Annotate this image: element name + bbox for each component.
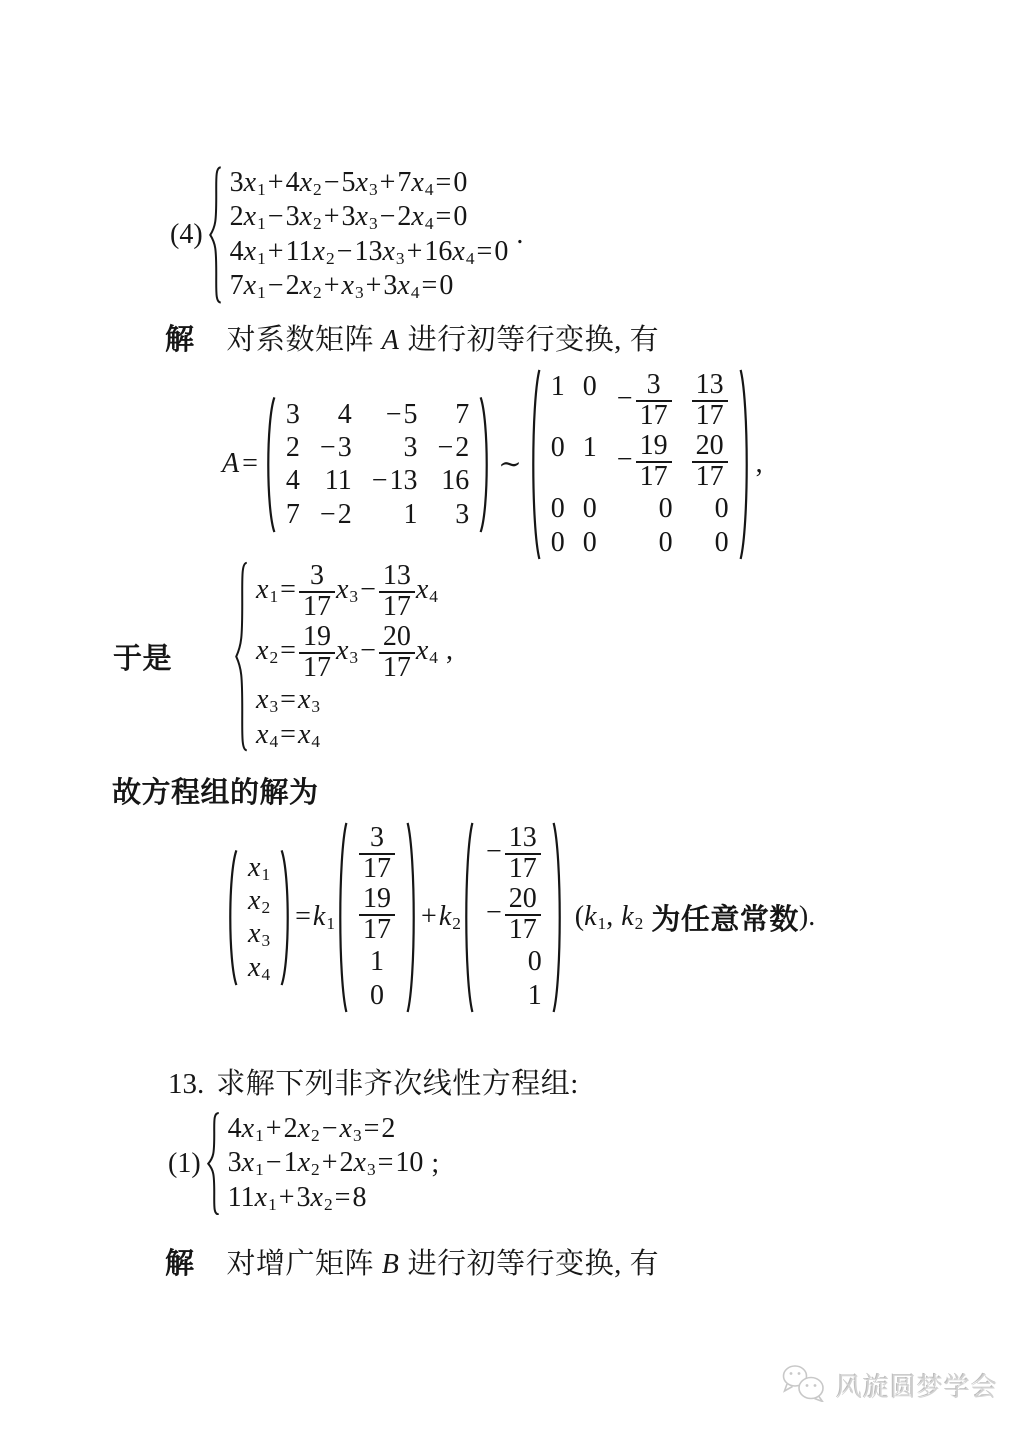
system-1: 4x1+2x2−x3=23x1−1x2+2x3=1011x1+3x2=8	[206, 1112, 424, 1215]
matrix-cell: 0	[528, 946, 542, 977]
matrix-cell: 3	[455, 499, 469, 530]
matrix-cell: 1917	[358, 885, 396, 944]
left-brace-icon	[208, 166, 223, 304]
matrix-cell: 0	[583, 527, 597, 558]
matrix-a: 34−572−33−2411−13167−213	[263, 396, 492, 533]
watermark-text: 风旋圆梦学会	[836, 1367, 998, 1404]
left-paren-icon	[335, 821, 348, 1014]
matrix-cell: −2017	[484, 885, 542, 944]
problem-number: 13.	[168, 1068, 204, 1100]
k1-vector: 317191710	[335, 821, 419, 1014]
matrix-cell: 1	[404, 499, 418, 530]
equation-line: 11x1+3x2=8	[228, 1181, 424, 1215]
left-brace-icon	[234, 561, 249, 752]
equation-line: 7x1−2x2+x3+3x4=0	[230, 269, 509, 303]
matrix-cell: −2	[436, 432, 470, 463]
matrix-a-grid: 34−572−33−2411−13167−213	[276, 396, 479, 533]
matrix-a-symbol: A	[382, 325, 400, 356]
matrix-cell: 1	[370, 946, 384, 977]
x-vector: x1x2x3x4	[225, 849, 293, 986]
left-paren-icon	[461, 821, 474, 1014]
equation-line: x1=317x3−1317x4	[256, 561, 453, 622]
system-1-lines: 4x1+2x2−x3=23x1−1x2+2x3=1011x1+3x2=8	[228, 1112, 424, 1215]
matrix-cell: −3	[318, 432, 352, 463]
end-semicolon: ;	[431, 1148, 439, 1180]
document-page: (4) 3x1+4x2−5x3+7x4=02x1−3x2+3x3−2x4=04x…	[0, 0, 1011, 1431]
matrix-cell: x2	[248, 885, 270, 916]
end-period: .	[516, 219, 523, 251]
matrix-cell: 317	[358, 824, 396, 883]
watermark: 风旋圆梦学会	[781, 1364, 998, 1407]
matrix-comma: ,	[756, 448, 763, 480]
solve-text-post: 进行初等行变换, 有	[400, 324, 659, 356]
plus-k2: +k2	[419, 901, 461, 933]
equation-line: x4=x4	[256, 718, 453, 752]
matrix-equation: A= 34−572−33−2411−13167−213 ∼ 10−3171317…	[222, 368, 763, 561]
equation-label-1: (1)	[168, 1148, 201, 1180]
equation-line: 4x1+11x2−13x3+16x4=0	[230, 235, 509, 269]
matrix-cell: −2	[318, 499, 352, 530]
matrix-cell: 1	[583, 432, 597, 491]
matrix-cell: 16	[441, 465, 469, 496]
matrix-cell: 0	[715, 493, 729, 524]
matrix-cell: 1317	[691, 371, 729, 430]
matrix-cell: 11	[325, 465, 352, 496]
matrix-b-symbol: B	[382, 1249, 400, 1280]
solve-text-pre: 对系数矩阵	[227, 324, 382, 356]
equation-block-1: (1) 4x1+2x2−x3=23x1−1x2+2x3=1011x1+3x2=8…	[168, 1112, 439, 1215]
solve-text-pre: 对增广矩阵	[227, 1248, 382, 1280]
matrix-cell: 0	[583, 371, 597, 430]
right-paren-icon	[406, 821, 419, 1014]
matrix-cell: 0	[551, 432, 565, 491]
matrix-cell: 1	[528, 980, 542, 1011]
k1-vector-grid: 317191710	[348, 821, 406, 1014]
problem-13-text: 求解下列非齐次线性方程组:	[216, 1068, 579, 1100]
equation-block-4: (4) 3x1+4x2−5x3+7x4=02x1−3x2+3x3−2x4=04x…	[170, 166, 523, 304]
solution-heading-1: 解对系数矩阵 A 进行初等行变换, 有	[165, 317, 659, 358]
left-paren-icon	[225, 849, 238, 986]
yushi-label: 于是	[113, 636, 172, 677]
matrix-cell: −13	[370, 465, 418, 496]
matrix-cell: 3	[286, 399, 300, 430]
right-paren-icon	[552, 821, 565, 1014]
matrix-cell: x1	[248, 852, 270, 883]
matrix-cell: 0	[659, 527, 673, 558]
right-paren-icon	[280, 849, 293, 986]
matrix-cell: x3	[248, 918, 270, 949]
equals-k1: =k1	[293, 901, 335, 933]
system-yushi-lines: x1=317x3−1317x4x2=1917x3−2017x4 ,x3=x3x4…	[256, 561, 453, 752]
right-paren-icon	[479, 396, 492, 533]
conclusion-line: 故方程组的解为	[112, 770, 319, 811]
note-pre: (k1, k2	[575, 901, 652, 933]
left-brace-icon	[206, 1112, 221, 1215]
wechat-icon	[781, 1364, 827, 1407]
matrix-cell: −5	[384, 399, 418, 430]
problem-13-heading: 13.求解下列非齐次线性方程组:	[168, 1061, 579, 1102]
matrix-cell: 3	[404, 432, 418, 463]
system-yushi: x1=317x3−1317x4x2=1917x3−2017x4 ,x3=x3x4…	[234, 561, 453, 752]
matrix-cell: 0	[551, 493, 565, 524]
left-paren-icon	[528, 368, 541, 561]
matrix-cell: 4	[338, 399, 352, 430]
solution-vector-equation: x1x2x3x4 =k1 317191710 +k2 −1317−201701 …	[225, 821, 815, 1014]
matrix-cell: 1	[551, 371, 565, 430]
solve-text-post: 进行初等行变换, 有	[400, 1248, 659, 1280]
matrix-cell: x4	[248, 952, 270, 983]
x-vector-grid: x1x2x3x4	[238, 849, 280, 986]
matrix-cell: 0	[659, 493, 673, 524]
matrix-cell: −1917	[615, 432, 673, 491]
k2-vector: −1317−201701	[461, 821, 565, 1014]
k2-vector-grid: −1317−201701	[474, 821, 552, 1014]
matrix-cell: 0	[715, 527, 729, 558]
matrix-cell: 4	[286, 465, 300, 496]
matrix-cell: 0	[551, 527, 565, 558]
matrix-rref-grid: 10−317131701−1917201700000000	[541, 368, 739, 561]
matrix-cell: 2017	[691, 432, 729, 491]
system-4: 3x1+4x2−5x3+7x4=02x1−3x2+3x3−2x4=04x1+11…	[208, 166, 509, 304]
matrix-cell: −1317	[484, 824, 542, 883]
right-paren-icon	[739, 368, 752, 561]
equation-line: 2x1−3x2+3x3−2x4=0	[230, 200, 509, 234]
matrix-cell: 7	[286, 499, 300, 530]
equation-line: 3x1+4x2−5x3+7x4=0	[230, 166, 509, 200]
matrix-cell: 0	[370, 980, 384, 1011]
equation-line: 4x1+2x2−x3=2	[228, 1112, 424, 1146]
solve-keyword: 解	[165, 1248, 195, 1280]
note-post: ).	[799, 901, 815, 933]
matrix-lhs: A=	[222, 448, 260, 480]
equation-line: x2=1917x3−2017x4 ,	[256, 622, 453, 683]
system-4-lines: 3x1+4x2−5x3+7x4=02x1−3x2+3x3−2x4=04x1+11…	[230, 166, 509, 304]
matrix-cell: 2	[286, 432, 300, 463]
solution-heading-2: 解对增广矩阵 B 进行初等行变换, 有	[165, 1241, 659, 1282]
matrix-cell: 0	[583, 493, 597, 524]
equation-line: x3=x3	[256, 683, 453, 717]
note-bold: 为任意常数	[651, 897, 799, 938]
solve-keyword: 解	[165, 324, 195, 356]
matrix-rref: 10−317131701−1917201700000000	[528, 368, 752, 561]
matrix-cell: −317	[615, 371, 673, 430]
tilde-operator: ∼	[496, 447, 523, 481]
equation-label-4: (4)	[170, 219, 203, 251]
yushi-block: 于是 x1=317x3−1317x4x2=1917x3−2017x4 ,x3=x…	[113, 561, 453, 752]
equation-line: 3x1−1x2+2x3=10	[228, 1146, 424, 1180]
left-paren-icon	[263, 396, 276, 533]
matrix-cell: 7	[455, 399, 469, 430]
